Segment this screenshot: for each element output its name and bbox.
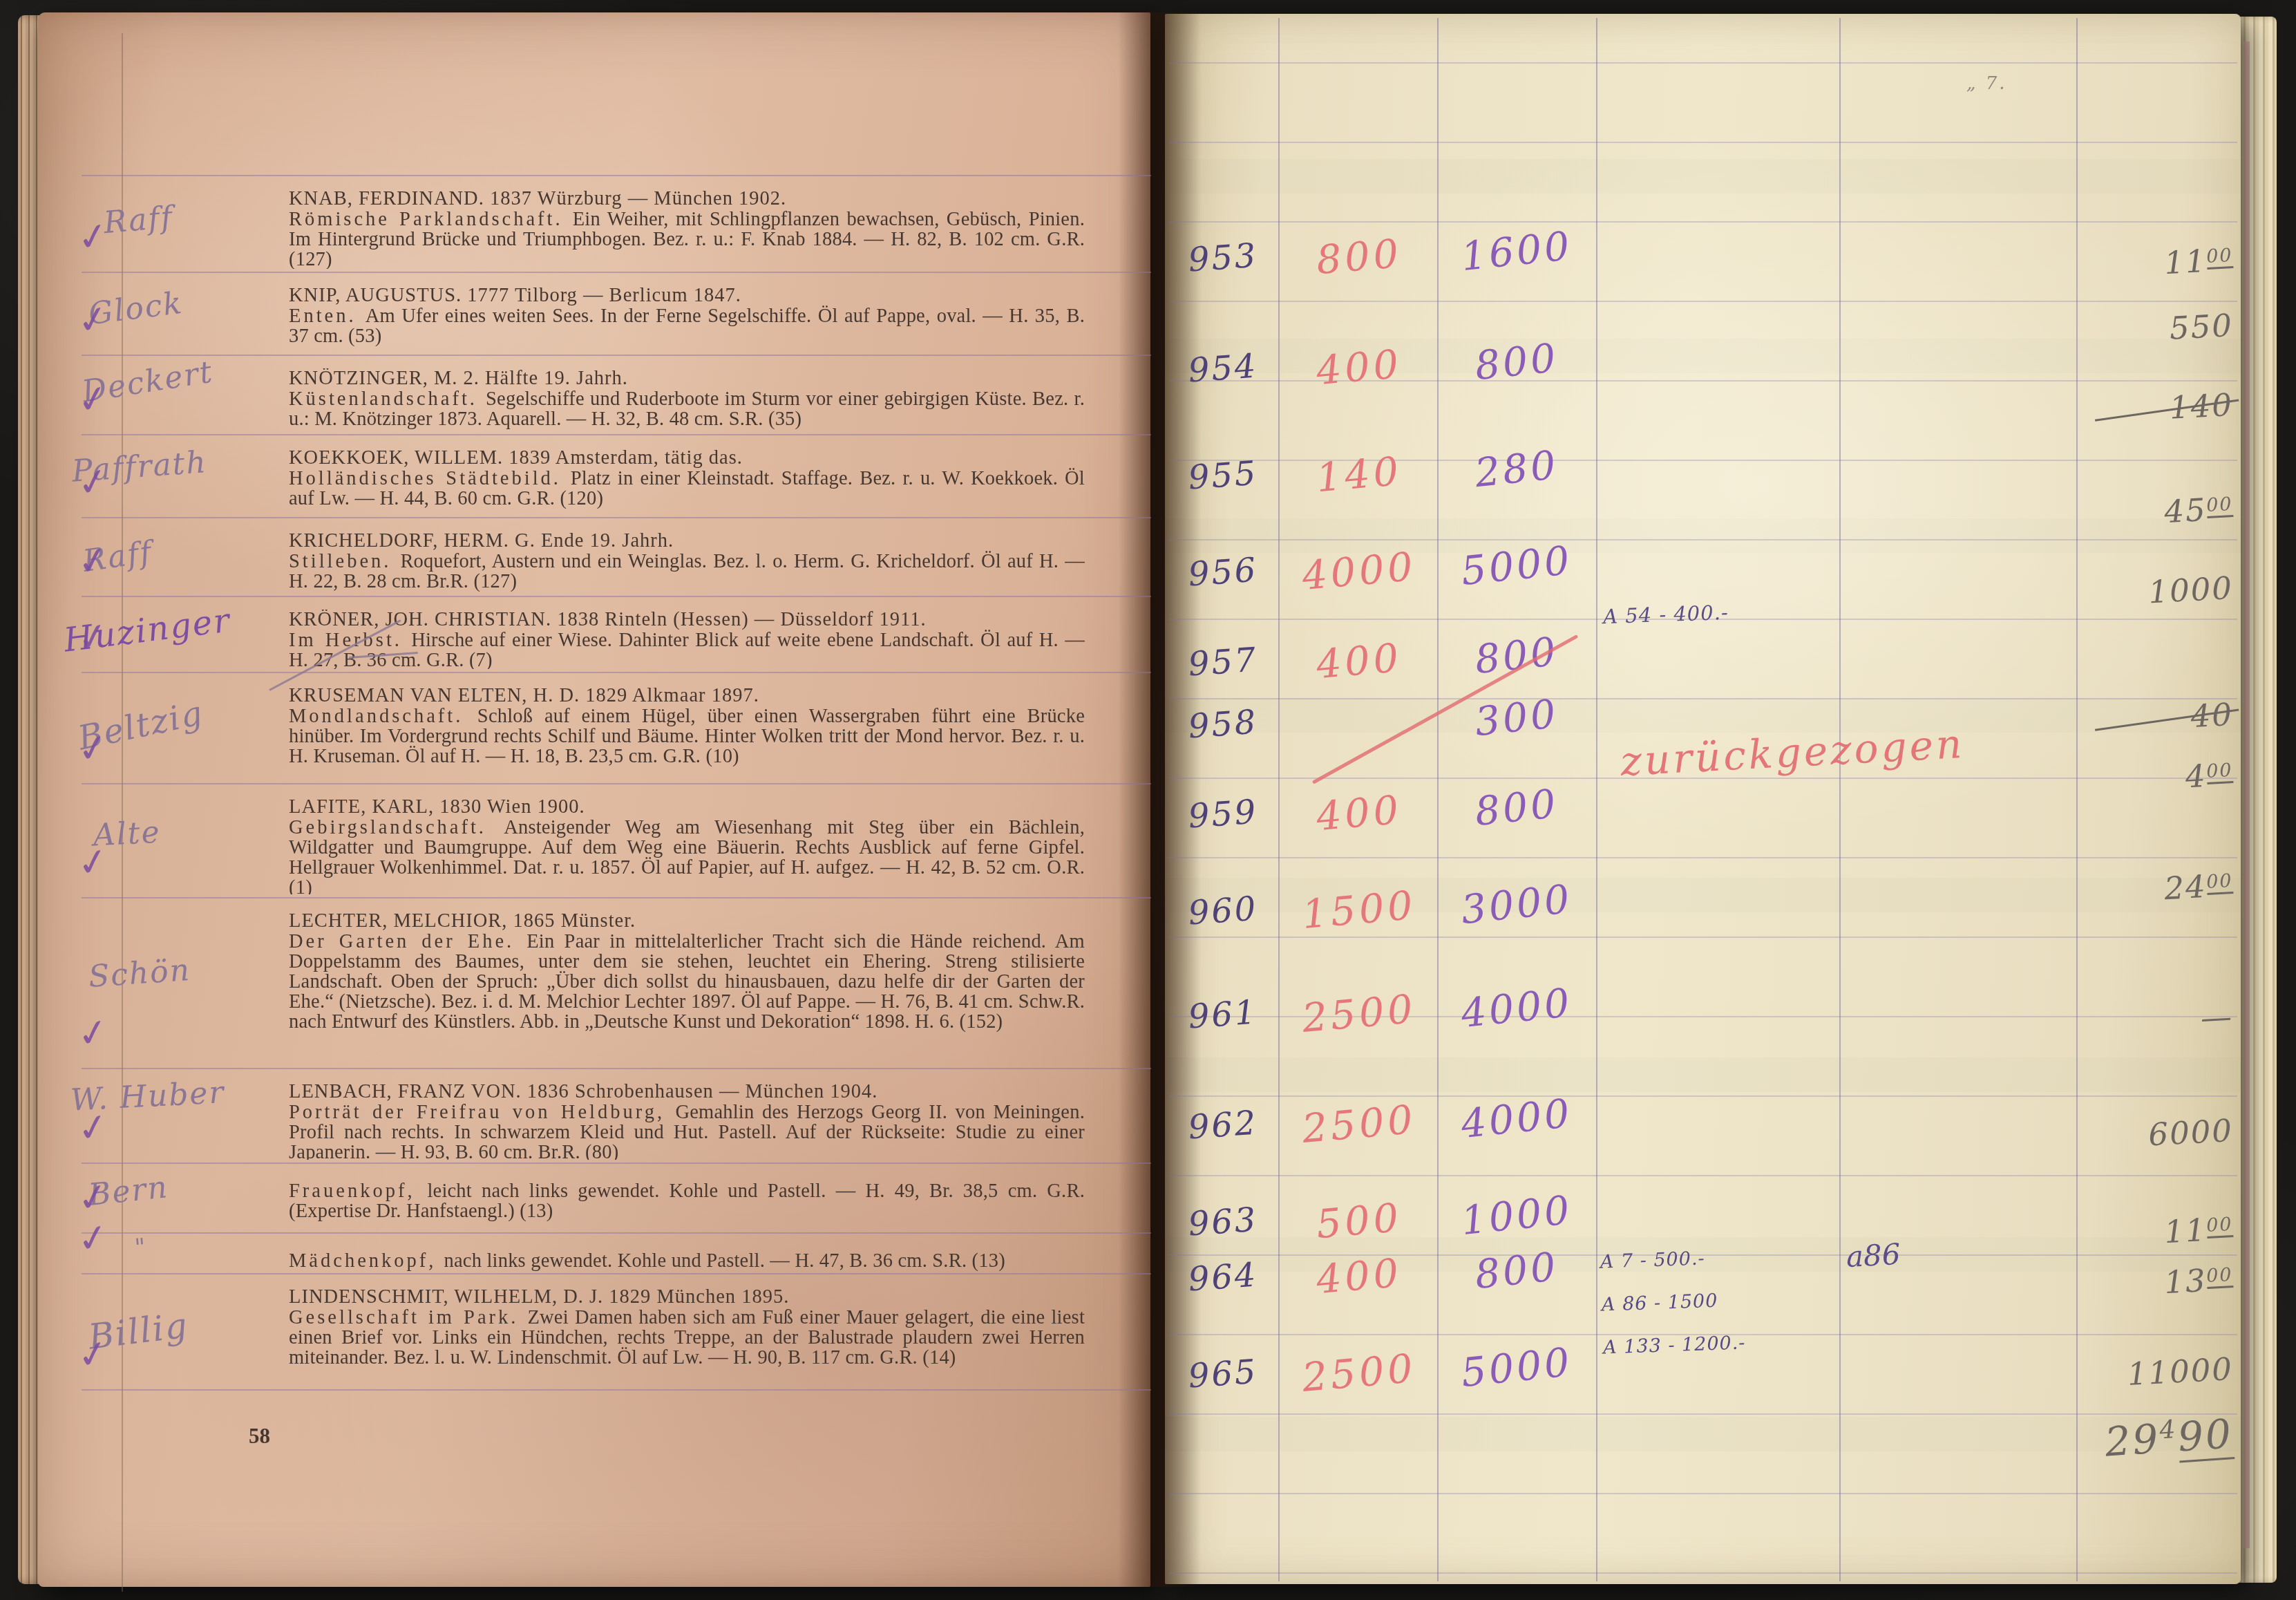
work-title: Gebirgslandschaft.	[289, 817, 504, 838]
catalog-entry: KRUSEMAN VAN ELTEN, H. D. 1829 Alkmaar 1…	[289, 686, 1085, 780]
margin-annotation: Raff	[102, 200, 175, 241]
work-title: Gesellschaft im Park.	[289, 1307, 527, 1328]
catalog-entry: LAFITE, KARL, 1830 Wien 1900.960Gebirgsl…	[289, 797, 1085, 894]
artist-header: KRICHELDORF, HERM. G. Ende 19. Jahrh.	[289, 531, 1085, 552]
ledger-lot-number: 964	[1170, 1254, 1276, 1300]
entry-description: 962Porträt der Freifrau von Heldburg, Ge…	[289, 1102, 1085, 1160]
catalog-entry: KOEKKOEK, WILLEM. 1839 Amsterdam, tätig …	[289, 448, 1085, 514]
entry-separator-line	[82, 1163, 1151, 1164]
work-title: Stilleben.	[289, 551, 400, 572]
auction-catalog-scan: KNAB, FERDINAND. 1837 Würzburg — München…	[0, 0, 2296, 1600]
entry-separator-line	[82, 355, 1151, 356]
entry-separator-line	[82, 272, 1151, 273]
ledger-lot-number: 957	[1170, 639, 1276, 685]
work-title: Enten.	[289, 305, 366, 327]
ledger-lot-number: 961	[1170, 992, 1276, 1037]
ledger-note-lines: A 7 - 500.- A 86 - 1500 A 133 - 1200.-	[1600, 1236, 1747, 1369]
artist-header: LENBACH, FRANZ VON. 1836 Schrobenhausen …	[289, 1082, 1085, 1102]
entry-separator-line	[82, 783, 1151, 784]
artist-header: KNAB, FERDINAND. 1837 Würzburg — München…	[289, 189, 1085, 209]
entry-description: 954Enten. Am Ufer eines weiten Sees. In …	[289, 306, 1085, 346]
entry-description: 955Küstenlandschaft. Segelschiffe und Ru…	[289, 389, 1085, 429]
entry-separator-line	[82, 596, 1151, 597]
ledger-lot-number: 954	[1170, 346, 1276, 391]
catalog-entry: LECHTER, MELCHIOR, 1865 Münster.961Der G…	[289, 911, 1085, 1065]
entry-description: 959Mondlandschaft. Schloß auf einem Hüge…	[289, 706, 1085, 766]
work-title: Der Garten der Ehe.	[289, 931, 526, 952]
ledger-lot-number: 953	[1170, 235, 1276, 281]
entry-description: 957Stilleben. Roquefort, Austern und ein…	[289, 552, 1085, 592]
catalog-entry: LENBACH, FRANZ VON. 1836 Schrobenhausen …	[289, 1082, 1085, 1160]
ledger-lot-number: 955	[1170, 453, 1276, 498]
margin-annotation: "	[133, 1233, 148, 1261]
catalog-entry: 964Mädchenkopf, nach links gewendet. Koh…	[289, 1251, 1085, 1275]
ledger-lot-number: 959	[1170, 791, 1276, 837]
catalog-entry: KRICHELDORF, HERM. G. Ende 19. Jahrh.957…	[289, 531, 1085, 593]
work-title: Mädchenkopf,	[289, 1251, 444, 1272]
entry-separator-line	[82, 1389, 1151, 1391]
ledger-note: A 54 - 400.-	[1602, 601, 1729, 628]
entry-separator-line	[82, 517, 1151, 518]
catalog-entry: 963Frauenkopf, leicht nach links gewende…	[289, 1181, 1085, 1234]
work-title: Küstenlandschaft.	[289, 388, 486, 410]
entry-separator-line	[82, 434, 1151, 435]
entry-description: 965Gesellschaft im Park. Zwei Damen habe…	[289, 1308, 1085, 1368]
work-title: Mondlandschaft.	[289, 706, 477, 727]
entry-separator-line	[82, 1068, 1151, 1069]
work-title: Porträt der Freifrau von Heldburg,	[289, 1102, 675, 1123]
catalog-entry: KNÖTZINGER, M. 2. Hälfte 19. Jahrh.955Kü…	[289, 368, 1085, 431]
entry-separator-line	[82, 897, 1151, 898]
ledger-total: 29490	[2073, 1410, 2235, 1468]
artist-header: KNÖTZINGER, M. 2. Hälfte 19. Jahrh.	[289, 368, 1085, 389]
ledger-column-line	[1278, 18, 1280, 1581]
ledger-lot-number: 956	[1170, 549, 1276, 595]
underlying-pink-sheet	[2243, 41, 2250, 1548]
work-title: Römische Parklandschaft.	[289, 209, 573, 230]
ledger-side-note: a86	[1846, 1237, 1901, 1274]
margin-annotation: Schön	[87, 952, 191, 995]
work-title: Holländisches Städtebild.	[289, 468, 571, 489]
catalog-entry: LINDENSCHMIT, WILHELM, D. J. 1829 Münche…	[289, 1287, 1085, 1386]
ledger-column-line	[1437, 18, 1439, 1581]
corner-pencil-note: „ 7.	[1966, 73, 2007, 94]
artist-header: KRÖNER, JOH. CHRISTIAN. 1838 Rinteln (He…	[289, 610, 1085, 630]
ledger-column-line	[1839, 18, 1841, 1581]
entry-description: 964Mädchenkopf, nach links gewendet. Koh…	[289, 1251, 1085, 1271]
ledger-lot-number: 963	[1170, 1199, 1276, 1245]
entry-description: 958Im Herbst. Hirsche auf einer Wiese. D…	[289, 630, 1085, 669]
entry-description: 956Holländisches Städtebild. Platz in ei…	[289, 469, 1085, 509]
entry-separator-line	[82, 175, 1151, 176]
artist-header: KOEKKOEK, WILLEM. 1839 Amsterdam, tätig …	[289, 448, 1085, 469]
ledger-lot-number: 962	[1170, 1102, 1276, 1148]
entry-description: 963Frauenkopf, leicht nach links gewende…	[289, 1181, 1085, 1221]
ledger-lot-number: 958	[1170, 702, 1276, 747]
entry-description: 961Der Garten der Ehe. Ein Paar in mitte…	[289, 932, 1085, 1032]
ledger-lot-number: 965	[1170, 1351, 1276, 1397]
artist-header: KNIP, AUGUSTUS. 1777 Tilborg — Berlicum …	[289, 285, 1085, 306]
artist-header: KRUSEMAN VAN ELTEN, H. D. 1829 Alkmaar 1…	[289, 686, 1085, 706]
margin-rule-line	[122, 33, 123, 1592]
catalog-entry: KRÖNER, JOH. CHRISTIAN. 1838 Rinteln (He…	[289, 610, 1085, 669]
catalog-entry: KNAB, FERDINAND. 1837 Würzburg — München…	[289, 189, 1085, 269]
artist-header: LINDENSCHMIT, WILHELM, D. J. 1829 Münche…	[289, 1287, 1085, 1308]
entry-separator-line	[82, 672, 1151, 673]
ledger-lot-number: 960	[1170, 888, 1276, 934]
ledger-column-line	[1596, 18, 1597, 1581]
catalog-entry: KNIP, AUGUSTUS. 1777 Tilborg — Berlicum …	[289, 285, 1085, 352]
artist-header: LAFITE, KARL, 1830 Wien 1900.	[289, 797, 1085, 818]
artist-header: LECHTER, MELCHIOR, 1865 Münster.	[289, 911, 1085, 932]
entry-description: 960Gebirgslandschaft. Ansteigender Weg a…	[289, 818, 1085, 894]
work-title: Frauenkopf,	[289, 1181, 427, 1202]
page-number: 58	[249, 1424, 270, 1449]
entry-description: 953Römische Parklandschaft. Ein Weiher, …	[289, 209, 1085, 269]
